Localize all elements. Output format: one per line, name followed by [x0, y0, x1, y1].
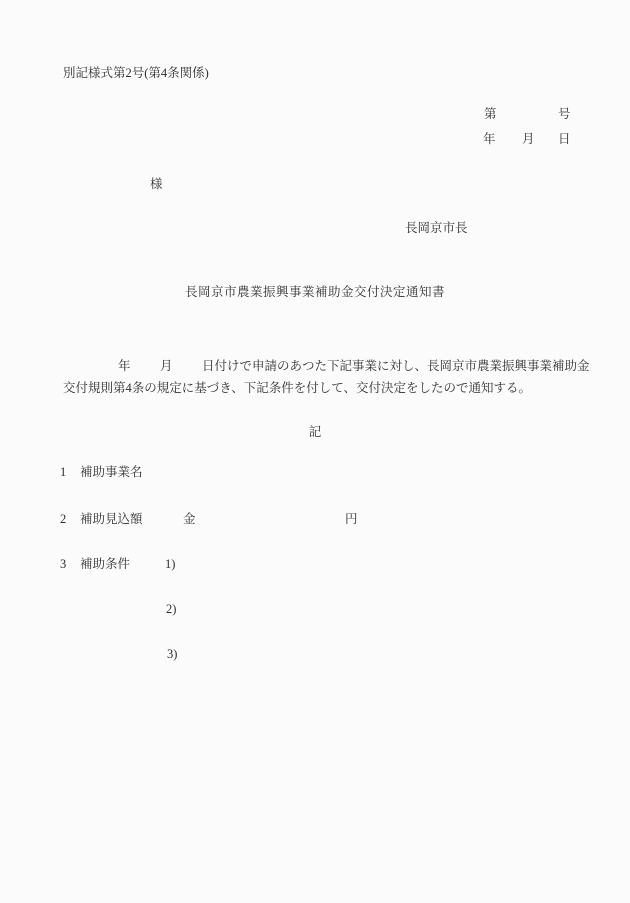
- item-3-condition-2: 2): [166, 601, 176, 617]
- item-3-label: 補助条件: [80, 556, 130, 572]
- sender-name: 長岡京市長: [405, 220, 468, 236]
- record-marker: 記: [0, 424, 630, 440]
- form-reference-label: 別記様式第2号(第4条関係): [63, 65, 209, 81]
- item-2-amount-prefix: 金: [183, 511, 196, 527]
- date-day-label: 日: [558, 131, 571, 147]
- body-month-label: 月: [160, 358, 173, 374]
- item-1-number: 1: [60, 464, 66, 480]
- item-2-label: 補助見込額: [80, 511, 143, 527]
- item-2-amount-suffix: 円: [345, 511, 358, 527]
- document-title: 長岡京市農業振興事業補助金交付決定通知書: [0, 284, 630, 300]
- date-month-label: 月: [522, 131, 535, 147]
- body-line1-text: 日付けで申請のあつた下記事業に対し、長岡京市農業振興事業補助金: [202, 358, 590, 374]
- addressee-honorific: 様: [150, 176, 163, 192]
- doc-number-suffix: 号: [558, 106, 571, 122]
- body-year-label: 年: [118, 358, 131, 374]
- doc-number-prefix: 第: [484, 106, 497, 122]
- item-3-condition-1: 1): [165, 556, 175, 572]
- body-line2-text: 交付規則第4条の規定に基づき、下記条件を付して、交付決定をしたので通知する。: [63, 380, 531, 396]
- item-3-condition-3: 3): [167, 646, 177, 662]
- item-1-label: 補助事業名: [80, 464, 143, 480]
- document-page: 別記様式第2号(第4条関係) 第 号 年 月 日 様 長岡京市長 長岡京市農業振…: [0, 0, 630, 903]
- date-year-label: 年: [483, 131, 496, 147]
- item-3-number: 3: [60, 556, 66, 572]
- item-2-number: 2: [60, 511, 66, 527]
